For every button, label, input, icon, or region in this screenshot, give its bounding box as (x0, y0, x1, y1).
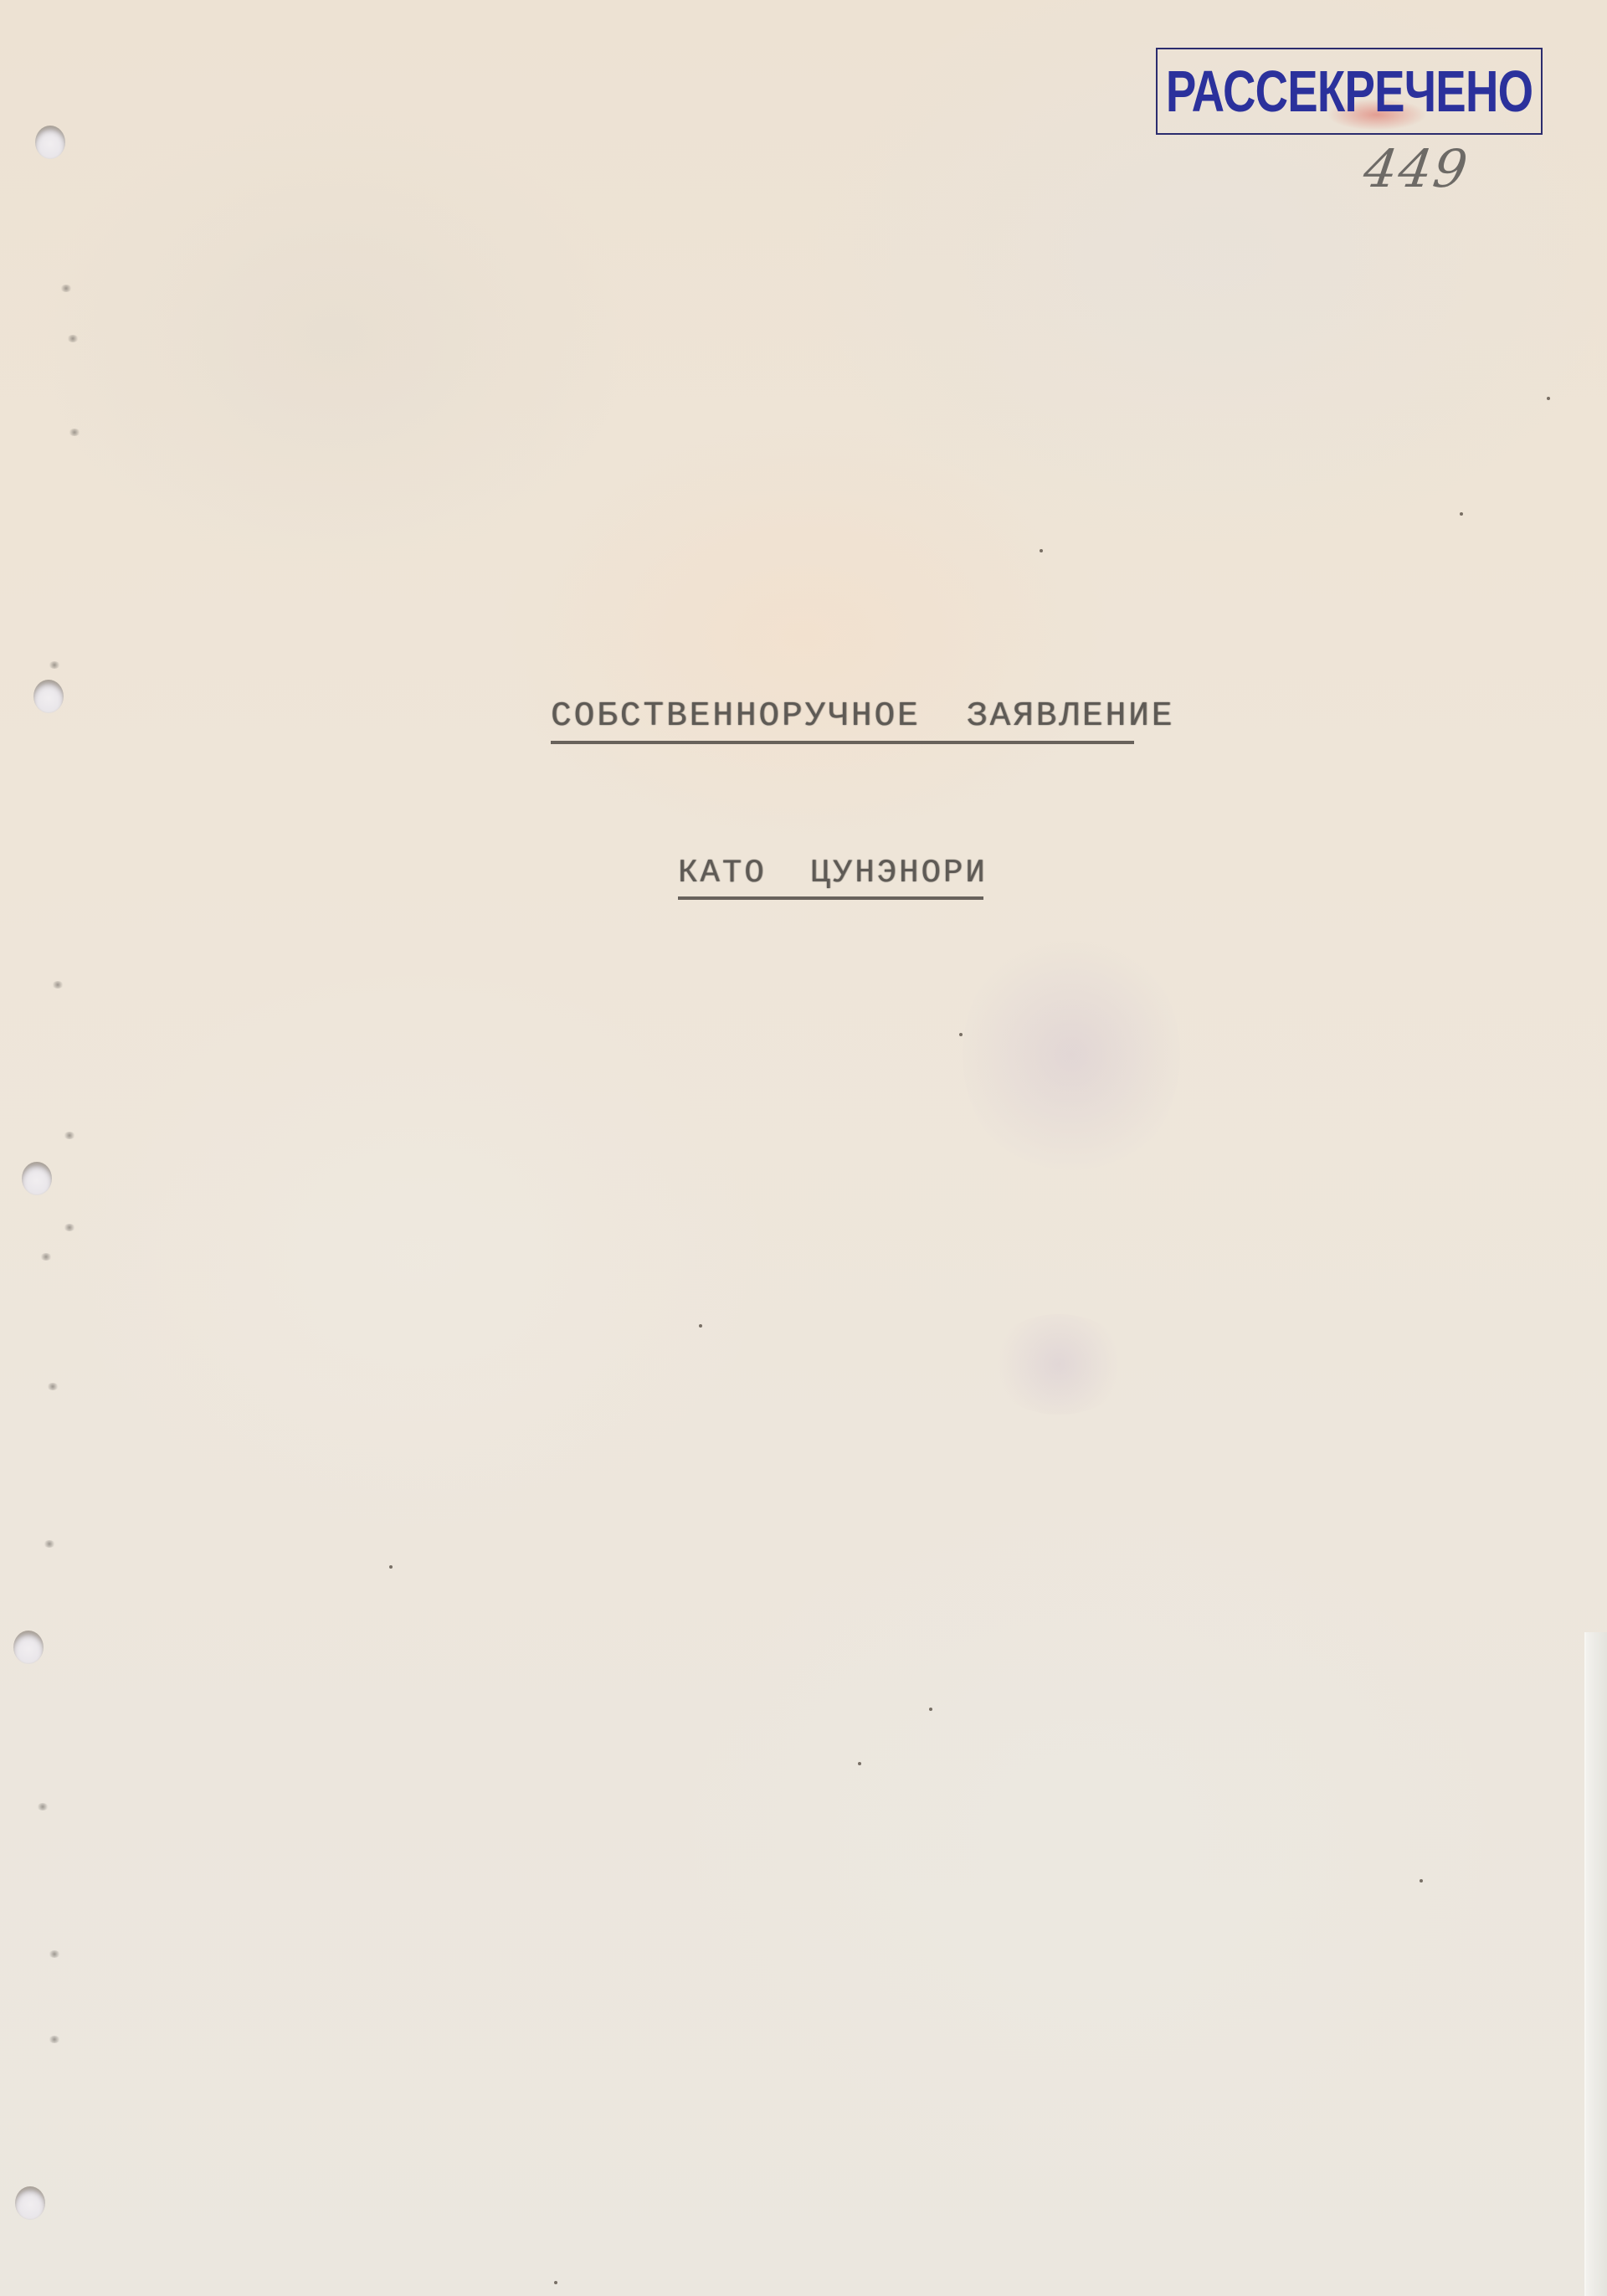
paper-background (0, 0, 1607, 2296)
declassified-stamp-text: РАССЕКРЕЧЕНО (1166, 62, 1533, 121)
faint-stamp-bleedthrough (988, 1314, 1130, 1415)
binding-dent (49, 661, 60, 669)
binding-dent (49, 2036, 60, 2043)
ink-speck (554, 2281, 557, 2284)
punch-hole (22, 1162, 52, 1195)
binding-dent (37, 1803, 49, 1811)
document-author: КАТО ЦУНЭНОРИ (678, 857, 983, 900)
binding-dent (69, 429, 80, 436)
document-title: СОБСТВЕННОРУЧНОЕ ЗАЯВЛЕНИЕ (551, 700, 1134, 744)
ink-speck (858, 1762, 861, 1765)
ink-speck (1040, 549, 1043, 552)
binding-dent (44, 1540, 55, 1548)
binding-dent (47, 1383, 59, 1390)
binding-dent (64, 1132, 75, 1139)
paper-edge (1584, 1632, 1607, 2296)
declassified-stamp: РАССЕКРЕЧЕНО (1156, 48, 1543, 135)
punch-hole (13, 1631, 44, 1664)
faint-stamp-bleedthrough (963, 929, 1180, 1180)
punch-hole (35, 126, 65, 159)
binding-dent (40, 1253, 52, 1261)
folio-number: 449 (1360, 138, 1473, 199)
binding-dent (49, 1950, 60, 1958)
punch-hole (33, 680, 64, 713)
ink-speck (1460, 512, 1463, 516)
ink-speck (959, 1033, 963, 1036)
binding-dent (52, 981, 64, 989)
ink-speck (1547, 397, 1550, 400)
ink-speck (1420, 1879, 1423, 1883)
binding-dent (64, 1224, 75, 1231)
punch-hole (15, 2186, 45, 2220)
ink-speck (389, 1565, 393, 1569)
ink-speck (929, 1708, 932, 1711)
ink-speck (699, 1324, 702, 1328)
binding-dent (67, 335, 79, 342)
binding-dent (60, 285, 72, 292)
